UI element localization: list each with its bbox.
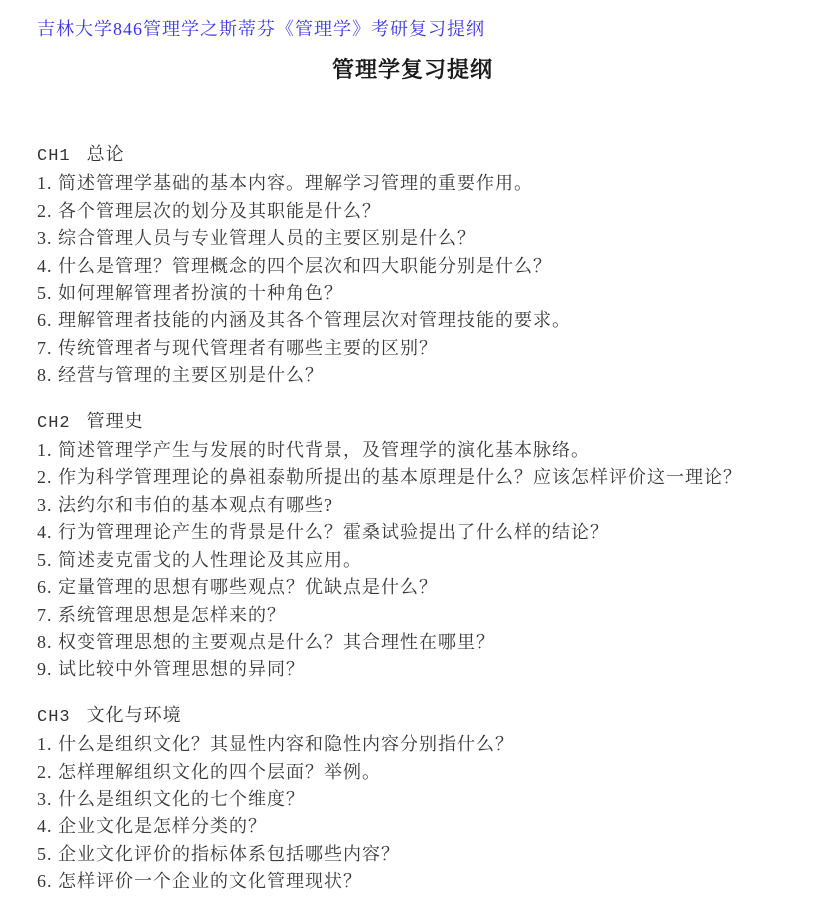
question-item: 4. 企业文化是怎样分类的？ xyxy=(37,813,788,840)
document-header-link: 吉林大学846管理学之斯蒂芬《管理学》考研复习提纲 xyxy=(37,16,788,42)
question-list: 1. 简述管理学产生与发展的时代背景，及管理学的演化基本脉络。2. 作为科学管理… xyxy=(37,437,788,684)
section-code: CH2 xyxy=(37,414,71,433)
page-title: 管理学复习提纲 xyxy=(37,56,788,84)
question-item: 8. 经营与管理的主要区别是什么？ xyxy=(37,362,788,389)
question-item: 7. 传统管理者与现代管理者有哪些主要的区别？ xyxy=(37,335,788,362)
question-item: 2. 各个管理层次的划分及其职能是什么？ xyxy=(37,198,788,225)
question-list: 1. 简述管理学基础的基本内容。理解学习管理的重要作用。2. 各个管理层次的划分… xyxy=(37,170,788,389)
question-item: 3. 什么是组织文化的七个维度？ xyxy=(37,786,788,813)
document-page: 吉林大学846管理学之斯蒂芬《管理学》考研复习提纲 管理学复习提纲 CH1总论 … xyxy=(0,0,825,904)
question-item: 1. 什么是组织文化？其显性内容和隐性内容分别指什么？ xyxy=(37,731,788,758)
document-body: CH1总论 1. 简述管理学基础的基本内容。理解学习管理的重要作用。2. 各个管… xyxy=(37,141,788,896)
question-item: 2. 作为科学管理理论的鼻祖泰勒所提出的基本原理是什么？应该怎样评价这一理论？ xyxy=(37,464,788,491)
question-item: 8. 权变管理思想的主要观点是什么？其合理性在哪里？ xyxy=(37,629,788,656)
question-item: 1. 简述管理学产生与发展的时代背景，及管理学的演化基本脉络。 xyxy=(37,437,788,464)
question-item: 4. 什么是管理？管理概念的四个层次和四大职能分别是什么？ xyxy=(37,253,788,280)
question-item: 5. 简述麦克雷戈的人性理论及其应用。 xyxy=(37,547,788,574)
question-item: 7. 系统管理思想是怎样来的？ xyxy=(37,602,788,629)
question-item: 9. 试比较中外管理思想的异同？ xyxy=(37,656,788,683)
question-item: 1. 简述管理学基础的基本内容。理解学习管理的重要作用。 xyxy=(37,170,788,197)
question-item: 3. 综合管理人员与专业管理人员的主要区别是什么？ xyxy=(37,225,788,252)
section-name: 文化与环境 xyxy=(87,705,182,725)
section-code: CH1 xyxy=(37,147,71,166)
section-heading: CH3文化与环境 xyxy=(37,702,788,731)
section-heading: CH2管理史 xyxy=(37,408,788,437)
question-item: 5. 如何理解管理者扮演的十种角色？ xyxy=(37,280,788,307)
question-item: 6. 定量管理的思想有哪些观点？优缺点是什么？ xyxy=(37,574,788,601)
section-name: 管理史 xyxy=(87,411,144,431)
section-name: 总论 xyxy=(87,144,125,164)
question-item: 4. 行为管理理论产生的背景是什么？霍桑试验提出了什么样的结论？ xyxy=(37,519,788,546)
question-list: 1. 什么是组织文化？其显性内容和隐性内容分别指什么？2. 怎样理解组织文化的四… xyxy=(37,731,788,895)
question-item: 3. 法约尔和韦伯的基本观点有哪些? xyxy=(37,492,788,519)
question-item: 5. 企业文化评价的指标体系包括哪些内容？ xyxy=(37,841,788,868)
chapter-section: CH2管理史 1. 简述管理学产生与发展的时代背景，及管理学的演化基本脉络。2.… xyxy=(37,408,788,684)
section-code: CH3 xyxy=(37,708,71,727)
chapter-section: CH3文化与环境 1. 什么是组织文化？其显性内容和隐性内容分别指什么？2. 怎… xyxy=(37,702,788,896)
question-item: 6. 怎样评价一个企业的文化管理现状？ xyxy=(37,868,788,895)
section-heading: CH1总论 xyxy=(37,141,788,170)
chapter-section: CH1总论 1. 简述管理学基础的基本内容。理解学习管理的重要作用。2. 各个管… xyxy=(37,141,788,390)
question-item: 6. 理解管理者技能的内涵及其各个管理层次对管理技能的要求。 xyxy=(37,307,788,334)
question-item: 2. 怎样理解组织文化的四个层面？举例。 xyxy=(37,759,788,786)
